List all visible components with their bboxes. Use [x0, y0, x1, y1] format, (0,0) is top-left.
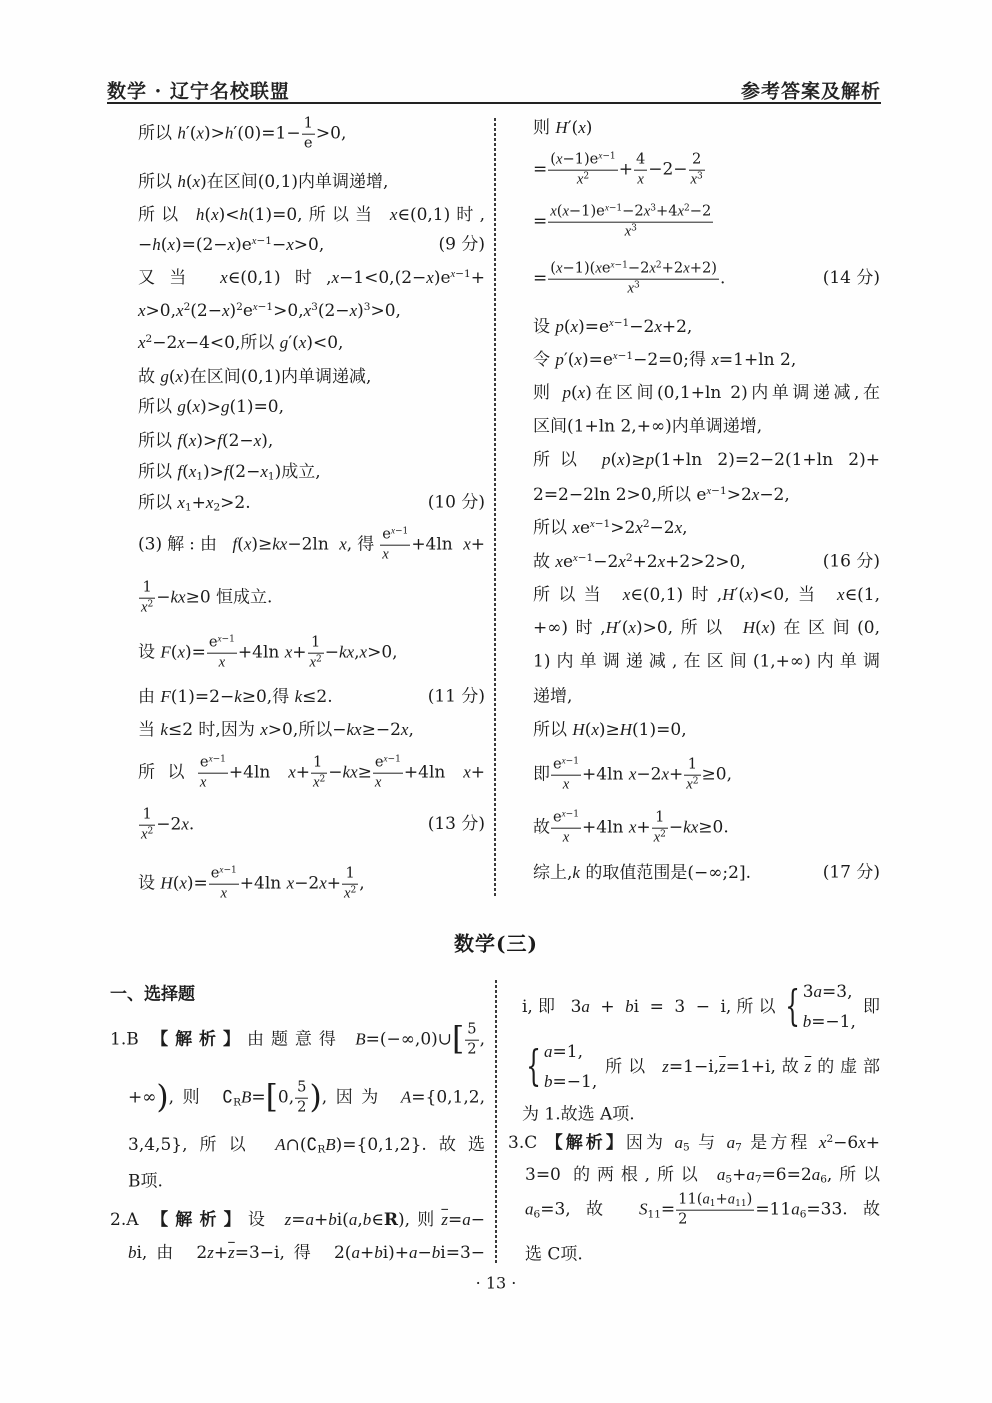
answer-line: +∞),则 ∁RB=[0,52),因为 A={0,1,2,: [128, 1080, 485, 1117]
answer-line: {a=1,b=−1,所以 z=1−i,z=1+i,故z的虚部: [522, 1037, 880, 1097]
math-text: 3.C 【解析】因为 a5 与 a7 是方程 x2−6x+: [508, 1133, 880, 1153]
math-text: 1)内单调递减,在区间(1,+∞)内单调: [533, 651, 880, 671]
header-section: 参考答案及解析: [741, 77, 881, 104]
math-text: (3)解:由 f(x)≥kx−2ln x,得ex−1x+4ln x+: [138, 535, 485, 555]
math-text: 设 p(x)=ex−1−2x+2,: [533, 317, 692, 337]
math-text: 令 p′(x)=ex−1−2=0;得 x=1+ln 2,: [533, 350, 796, 370]
math-text: 1.B 【解析】由题意得 B=(−∞,0)∪[52,: [110, 1030, 485, 1050]
math-text: 所以 p(x)≥p(1+ln 2)=2−2(1+ln 2)+: [533, 450, 880, 470]
solution-line: 综上,k 的取值范围是(−∞;2].(17 分): [533, 862, 880, 884]
math-text: i,即 3a + bi = 3 − i,所以{3a=3,b=−1,即: [522, 997, 880, 1017]
answer-line: B项.: [128, 1171, 485, 1192]
solution-line: =x(x−1)ex−1−2x3+4x2−2x3: [533, 204, 880, 241]
math-text: 3,4,5},所以 A∩(∁RB)={0,1,2}.故选: [128, 1135, 485, 1155]
solution-line: −h(x)=(2−x)ex−1−x>0,(9 分): [138, 234, 485, 256]
solution-line: 所以 f(x)>f(2−x),: [138, 430, 485, 452]
solution-line: 设 F(x)=ex−1x+4ln x+1x2−kx,x>0,: [138, 635, 485, 672]
math-text: 所以 H(x)≥H(1)=0,: [533, 720, 687, 740]
math-text: 1x2−2x.: [138, 815, 194, 835]
solution-line: 所以 h(x)在区间(0,1)内单调递增,: [138, 171, 485, 193]
solution-line: 故 g(x)在区间(0,1)内单调递减,: [138, 366, 485, 388]
score-marker: (11 分): [428, 686, 485, 707]
math-text: 则 H′(x): [533, 118, 592, 138]
math-text: 又当 x∈(0,1)时,x−1<0,(2−x)ex−1+: [138, 268, 485, 288]
math-text: 故 g(x)在区间(0,1)内单调递减,: [138, 367, 371, 387]
math-text: 所以 x1+x2>2.: [138, 493, 251, 513]
solution-line: 1)内单调递减,在区间(1,+∞)内单调: [533, 651, 880, 672]
solution-line: 所以 h(x)<h(1)=0,所以当 x∈(0,1)时,: [138, 204, 485, 226]
header-subject: 数学 · 辽宁名校联盟: [107, 77, 290, 104]
solution-line: 所以当 x∈(0,1)时,H′(x)<0,当 x∈(1,: [533, 584, 880, 606]
solution-line: 设 H(x)=ex−1x+4ln x−2x+1x2,: [138, 866, 485, 903]
math-text: 所以当 x∈(0,1)时,H′(x)<0,当 x∈(1,: [533, 585, 880, 605]
math-text: 由 F(1)=2−k≥0,得 k≤2.: [138, 687, 333, 707]
math-text: 递增,: [533, 686, 572, 706]
answer-line: 1.B 【解析】由题意得 B=(−∞,0)∪[52,: [110, 1022, 485, 1059]
math-text: 所以 h′(x)>h′(0)=1−1e>0,: [138, 124, 346, 144]
math-text: 综上,k 的取值范围是(−∞;2].: [533, 863, 751, 883]
solution-line: 所以 x1+x2>2.(10 分): [138, 492, 485, 514]
math-text: 所以 h(x)<h(1)=0,所以当 x∈(0,1)时,: [138, 205, 485, 225]
math-text: 即ex−1x+4ln x−2x+1x2≥0,: [533, 765, 732, 785]
score-marker: (9 分): [439, 234, 485, 255]
solution-line: +∞)时,H′(x)>0,所以 H(x)在区间(0,: [533, 617, 880, 639]
math-text: x2−2x−4<0,所以 g′(x)<0,: [138, 333, 343, 353]
score-marker: (16 分): [823, 551, 880, 572]
math-text: 所以 h(x)在区间(0,1)内单调递增,: [138, 172, 388, 192]
solution-line: x>0,x2(2−x)2ex−1>0,x3(2−x)3>0,: [138, 300, 485, 322]
solution-line: 所以 g(x)>g(1)=0,: [138, 396, 485, 418]
solution-line: 1x2−kx≥0 恒成立.: [138, 580, 485, 617]
answer-line: 选 C项.: [525, 1244, 880, 1265]
answer-line: bi,由 2z+z=3−i,得 2(a+bi)+a−bi=3−: [128, 1242, 485, 1264]
solution-line: x2−2x−4<0,所以 g′(x)<0,: [138, 332, 485, 354]
solution-line: 则 H′(x): [533, 117, 880, 139]
document-page: 数学 · 辽宁名校联盟 参考答案及解析 所以 h′(x)>h′(0)=1−1e>…: [0, 0, 992, 1403]
column-divider-upper: [494, 118, 496, 898]
math-text: =(x−1)(xex−1−2x2+2x+2)x3.: [533, 269, 725, 289]
math-text: 所以 f(x)>f(2−x),: [138, 431, 273, 451]
answer-line: 为 1.故选 A项.: [522, 1104, 880, 1125]
math-text: 2=2−2ln 2>0,所以 ex−1>2x−2,: [533, 485, 790, 505]
math-text: 区间(1+ln 2,+∞)内单调递增,: [533, 416, 762, 436]
answer-line: 3.C 【解析】因为 a5 与 a7 是方程 x2−6x+: [508, 1132, 880, 1154]
solution-line: 当 k≤2 时,因为 x>0,所以−kx≥−2x,: [138, 719, 485, 741]
math-text: +∞)时,H′(x)>0,所以 H(x)在区间(0,: [533, 618, 880, 638]
score-marker: (14 分): [823, 268, 880, 289]
score-marker: (17 分): [823, 862, 880, 883]
math-text: =x(x−1)ex−1−2x3+4x2−2x3: [533, 212, 714, 232]
answer-line: 2.A 【解析】设 z=a+bi(a,b∈R),则z=a−: [110, 1209, 485, 1231]
answer-line: i,即 3a + bi = 3 − i,所以{3a=3,b=−1,即: [522, 977, 880, 1037]
solution-line: 故 xex−1−2x2+2x+2>2>0,(16 分): [533, 551, 880, 573]
math-text: 当 k≤2 时,因为 x>0,所以−kx≥−2x,: [138, 720, 414, 740]
math-text: +∞),则 ∁RB=[0,52),因为 A={0,1,2,: [128, 1088, 485, 1108]
page-number: · 13 ·: [0, 1274, 992, 1293]
math-text: 所以 xex−1>2x2−2x,: [533, 518, 688, 538]
header-rule: [107, 102, 881, 104]
math-text: 故ex−1x+4ln x+1x2−kx≥0.: [533, 818, 729, 838]
math-text: 选 C项.: [525, 1244, 583, 1264]
solution-line: 令 p′(x)=ex−1−2=0;得 x=1+ln 2,: [533, 349, 880, 371]
math-text: 所以ex−1x+4ln x+1x2−kx≥ex−1x+4ln x+: [138, 763, 485, 783]
column-divider-lower: [495, 980, 497, 1263]
solution-line: 所以 f(x1)>f(2−x1)成立,: [138, 461, 485, 483]
solution-line: =(x−1)ex−1x2+4x−2−2x3: [533, 152, 880, 189]
solution-line: =(x−1)(xex−1−2x2+2x+2)x3.(14 分): [533, 261, 880, 298]
solution-line: 故ex−1x+4ln x+1x2−kx≥0.: [533, 810, 880, 847]
solution-line: 又当 x∈(0,1)时,x−1<0,(2−x)ex−1+: [138, 267, 485, 289]
section-heading: 一、选择题: [110, 980, 195, 1005]
solution-line: 2=2−2ln 2>0,所以 ex−1>2x−2,: [533, 484, 880, 506]
solution-line: 所以ex−1x+4ln x+1x2−kx≥ex−1x+4ln x+: [138, 755, 485, 792]
score-marker: (13 分): [428, 814, 485, 835]
solution-line: 所以 xex−1>2x2−2x,: [533, 517, 880, 539]
math-text: 设 H(x)=ex−1x+4ln x−2x+1x2,: [138, 874, 365, 894]
answer-line: a6=3,故 S11=11(a1+a11)2=11a6=33.故: [525, 1192, 880, 1229]
math-text: 所以 g(x)>g(1)=0,: [138, 397, 284, 417]
answer-line: 3,4,5},所以 A∩(∁RB)={0,1,2}.故选: [128, 1134, 485, 1156]
math-text: {a=1,b=−1,所以 z=1−i,z=1+i,故z的虚部: [522, 1057, 880, 1077]
math-text: bi,由 2z+z=3−i,得 2(a+bi)+a−bi=3−: [128, 1243, 485, 1263]
solution-line: 递增,: [533, 686, 880, 707]
solution-line: 所以 H(x)≥H(1)=0,: [533, 719, 880, 741]
solution-line: 即ex−1x+4ln x−2x+1x2≥0,: [533, 757, 880, 794]
math-text: 2.A 【解析】设 z=a+bi(a,b∈R),则z=a−: [110, 1210, 485, 1230]
math-text: =(x−1)ex−1x2+4x−2−2x3: [533, 160, 706, 180]
math-text: 设 F(x)=ex−1x+4ln x+1x2−kx,x>0,: [138, 643, 398, 663]
answer-line: 3=0 的两根,所以 a5+a7=6=2a6,所以: [525, 1164, 880, 1186]
score-marker: (10 分): [428, 492, 485, 513]
math-text: −h(x)=(2−x)ex−1−x>0,: [138, 235, 324, 255]
math-text: B项.: [128, 1171, 163, 1191]
math-text: x>0,x2(2−x)2ex−1>0,x3(2−x)3>0,: [138, 301, 401, 321]
math-text: 为 1.故选 A项.: [522, 1104, 635, 1124]
solution-line: 区间(1+ln 2,+∞)内单调递增,: [533, 416, 880, 437]
math-text: 故 xex−1−2x2+2x+2>2>0,: [533, 552, 746, 572]
solution-line: 则 p(x)在区间(0,1+ln 2)内单调递减,在: [533, 382, 880, 404]
math-text: 1x2−kx≥0 恒成立.: [138, 588, 272, 608]
solution-line: 由 F(1)=2−k≥0,得 k≤2.(11 分): [138, 686, 485, 708]
section-title: 数学(三): [0, 928, 992, 957]
solution-line: (3)解:由 f(x)≥kx−2ln x,得ex−1x+4ln x+: [138, 527, 485, 564]
solution-line: 所以 p(x)≥p(1+ln 2)=2−2(1+ln 2)+: [533, 449, 880, 471]
math-text: a6=3,故 S11=11(a1+a11)2=11a6=33.故: [525, 1200, 880, 1220]
math-text: 3=0 的两根,所以 a5+a7=6=2a6,所以: [525, 1165, 880, 1185]
solution-line: 设 p(x)=ex−1−2x+2,: [533, 316, 880, 338]
math-text: 则 p(x)在区间(0,1+ln 2)内单调递减,在: [533, 383, 880, 403]
math-text: 所以 f(x1)>f(2−x1)成立,: [138, 462, 321, 482]
solution-line: 1x2−2x.(13 分): [138, 807, 485, 844]
solution-line: 所以 h′(x)>h′(0)=1−1e>0,: [138, 116, 485, 153]
